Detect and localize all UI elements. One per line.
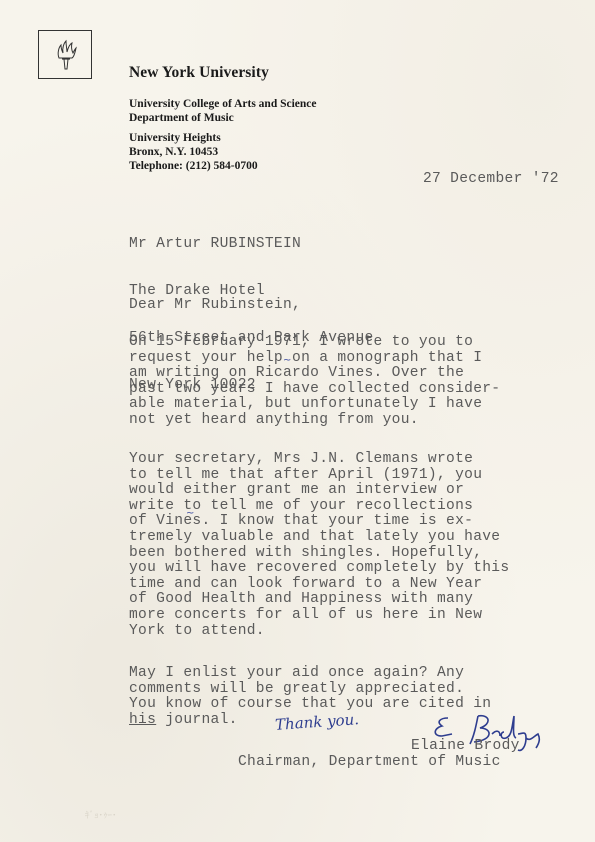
paragraph-3: May I enlist your aid once again? Any co… bbox=[129, 666, 491, 713]
college-block: University College of Arts and Science D… bbox=[129, 97, 317, 125]
closing-rest: journal. bbox=[156, 712, 238, 728]
college-name: University College of Arts and Science bbox=[129, 97, 317, 111]
handwritten-tilde-mark: ~ bbox=[186, 508, 194, 519]
torch-icon bbox=[53, 39, 79, 71]
letter-date: 27 December '72 bbox=[423, 172, 559, 188]
paragraph-1: On 15 February 1971, I wrote to you to r… bbox=[129, 335, 500, 429]
underlined-word: his bbox=[129, 712, 156, 728]
address-block: University Heights Bronx, N.Y. 10453 Tel… bbox=[129, 131, 258, 173]
nyu-logo bbox=[38, 30, 92, 79]
recipient-name: Mr Artur RUBINSTEIN bbox=[129, 237, 374, 253]
faint-bleedthrough: ｷﾞｮ･ｩｰ･ bbox=[85, 808, 117, 821]
handwritten-thanks: Thank you. bbox=[274, 710, 359, 734]
department-name: Department of Music bbox=[129, 111, 317, 125]
paragraph-2: Your secretary, Mrs J.N. Clemans wrote t… bbox=[129, 452, 509, 639]
signature-name: Elaine Brody bbox=[411, 739, 520, 755]
campus: University Heights bbox=[129, 131, 258, 145]
greeting: Dear Mr Rubinstein, bbox=[129, 298, 301, 314]
signature-title: Chairman, Department of Music bbox=[238, 755, 501, 771]
handwritten-tilde-mark: ~ bbox=[283, 355, 291, 366]
university-name: New York University bbox=[129, 64, 269, 82]
closing-line: his journal. bbox=[129, 713, 238, 729]
city: Bronx, N.Y. 10453 bbox=[129, 145, 258, 159]
telephone: Telephone: (212) 584-0700 bbox=[129, 159, 258, 173]
